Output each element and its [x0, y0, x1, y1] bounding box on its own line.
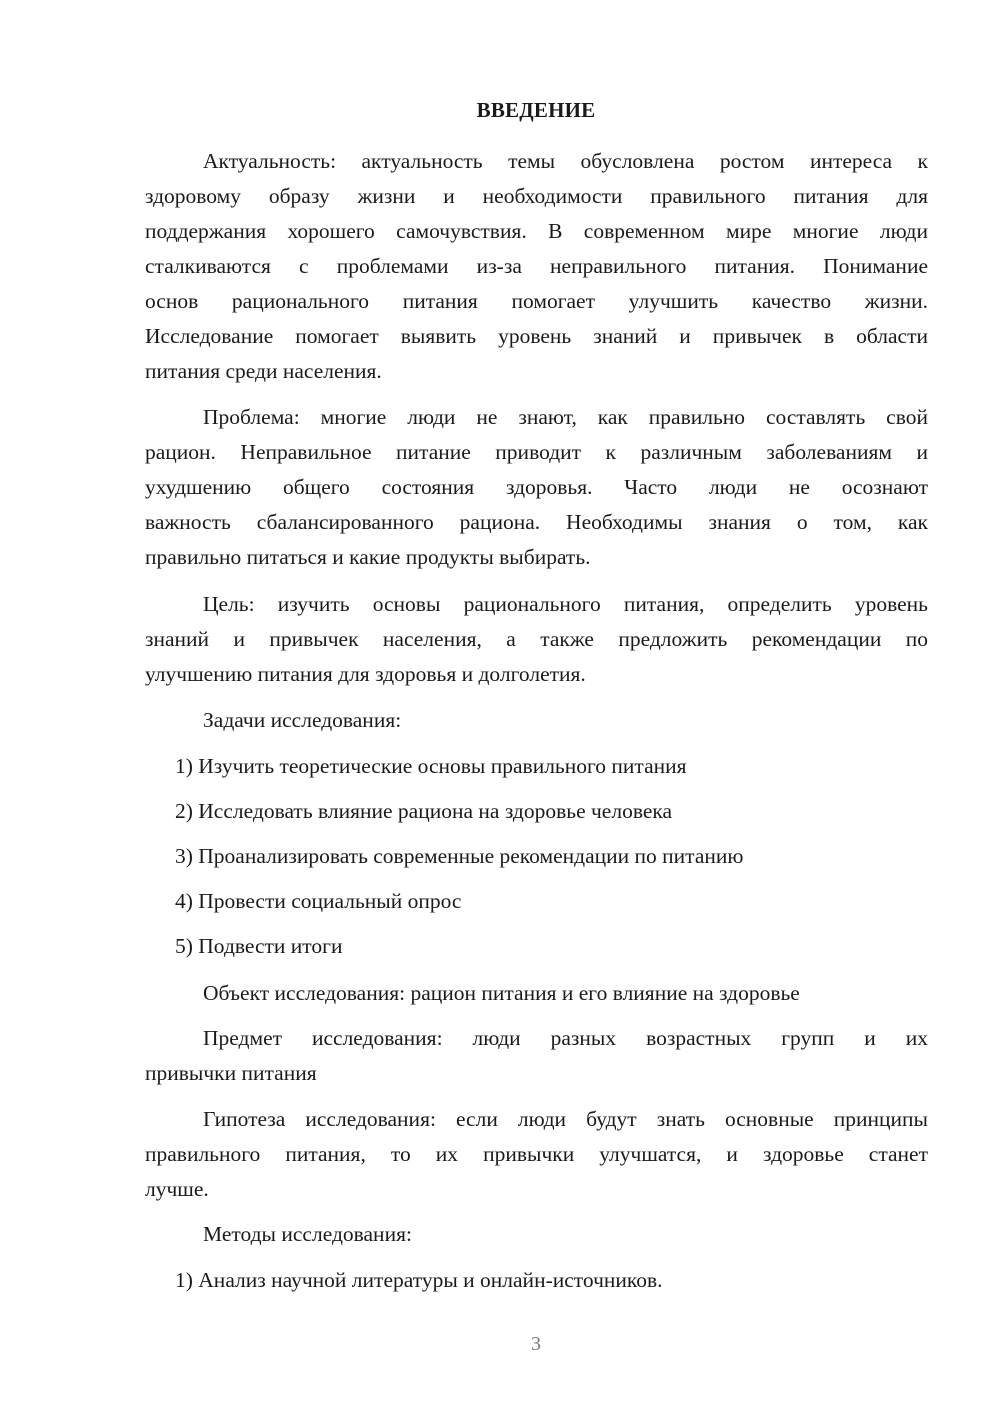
- paragraph-line: основ рационального питания помогает улу…: [145, 287, 928, 315]
- paragraph-line: Гипотеза исследования: если люди будут з…: [203, 1105, 928, 1133]
- paragraph-line: Исследование помогает выявить уровень зн…: [145, 322, 928, 350]
- paragraph-line: важность сбалансированного рациона. Необ…: [145, 508, 928, 536]
- paragraph-line: ухудшению общего состояния здоровья. Час…: [145, 473, 928, 501]
- task-item: 2) Исследовать влияние рациона на здоров…: [175, 797, 958, 825]
- paragraph-line: Актуальность: актуальность темы обусловл…: [203, 147, 928, 175]
- page-title: ВВЕДЕНИЕ: [0, 98, 1000, 123]
- paragraph-line: здоровому образу жизни и необходимости п…: [145, 182, 928, 210]
- method-item: 1) Анализ научной литературы и онлайн-ис…: [175, 1266, 958, 1294]
- task-item: 3) Проанализировать современные рекоменд…: [175, 842, 958, 870]
- paragraph-line: знаний и привычек населения, а также пре…: [145, 625, 928, 653]
- paragraph-line: правильно питаться и какие продукты выби…: [145, 543, 928, 571]
- paragraph-line: правильного питания, то их привычки улуч…: [145, 1140, 928, 1168]
- document-page: ВВЕДЕНИЕ Актуальность: актуальность темы…: [0, 0, 1000, 1414]
- paragraph-line: Проблема: многие люди не знают, как прав…: [203, 403, 928, 431]
- paragraph-line: лучше.: [145, 1175, 928, 1203]
- paragraph-line: сталкиваются с проблемами из-за неправил…: [145, 252, 928, 280]
- paragraph-line: улучшению питания для здоровья и долголе…: [145, 660, 928, 688]
- paragraph-line: Цель: изучить основы рационального питан…: [203, 590, 928, 618]
- page-number: 3: [0, 1333, 1000, 1356]
- task-item: 4) Провести социальный опрос: [175, 887, 958, 915]
- paragraph-line: привычки питания: [145, 1059, 928, 1087]
- paragraph-line: Предмет исследования: люди разных возрас…: [203, 1024, 928, 1052]
- paragraph-line: поддержания хорошего самочувствия. В сов…: [145, 217, 928, 245]
- paragraph-line: рацион. Неправильное питание приводит к …: [145, 438, 928, 466]
- methods-heading: Методы исследования:: [203, 1220, 928, 1248]
- task-item: 5) Подвести итоги: [175, 932, 958, 960]
- paragraph-line: Объект исследования: рацион питания и ег…: [203, 979, 928, 1007]
- task-item: 1) Изучить теоретические основы правильн…: [175, 752, 958, 780]
- paragraph-line: питания среди населения.: [145, 357, 928, 385]
- tasks-heading: Задачи исследования:: [203, 706, 928, 734]
